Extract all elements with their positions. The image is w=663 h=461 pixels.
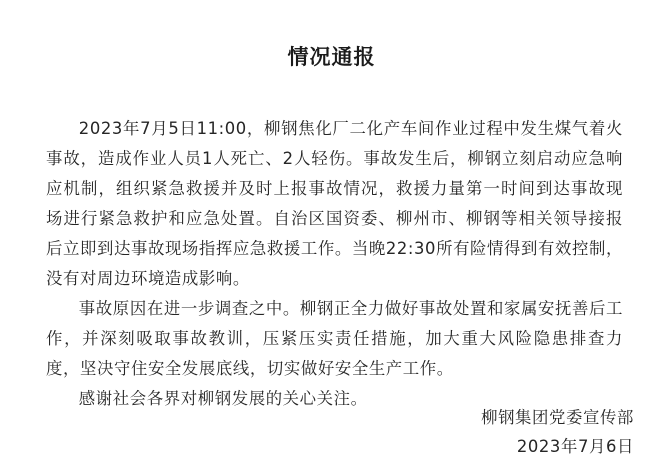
signature-date: 2023年7月6日 xyxy=(334,432,634,461)
document-title: 情况通报 xyxy=(0,42,663,72)
document-body: 2023年7月5日11:00，柳钢焦化厂二化产车间作业过程中发生煤气着火事故，造… xyxy=(46,114,623,414)
signature-organization: 柳钢集团党委宣传部 xyxy=(334,403,634,433)
paragraph-incident: 2023年7月5日11:00，柳钢焦化厂二化产车间作业过程中发生煤气着火事故，造… xyxy=(46,114,623,294)
paragraph-investigation: 事故原因在进一步调查之中。柳钢正全力做好事故处置和家属安抚善后工作，并深刻吸取事… xyxy=(46,294,623,384)
